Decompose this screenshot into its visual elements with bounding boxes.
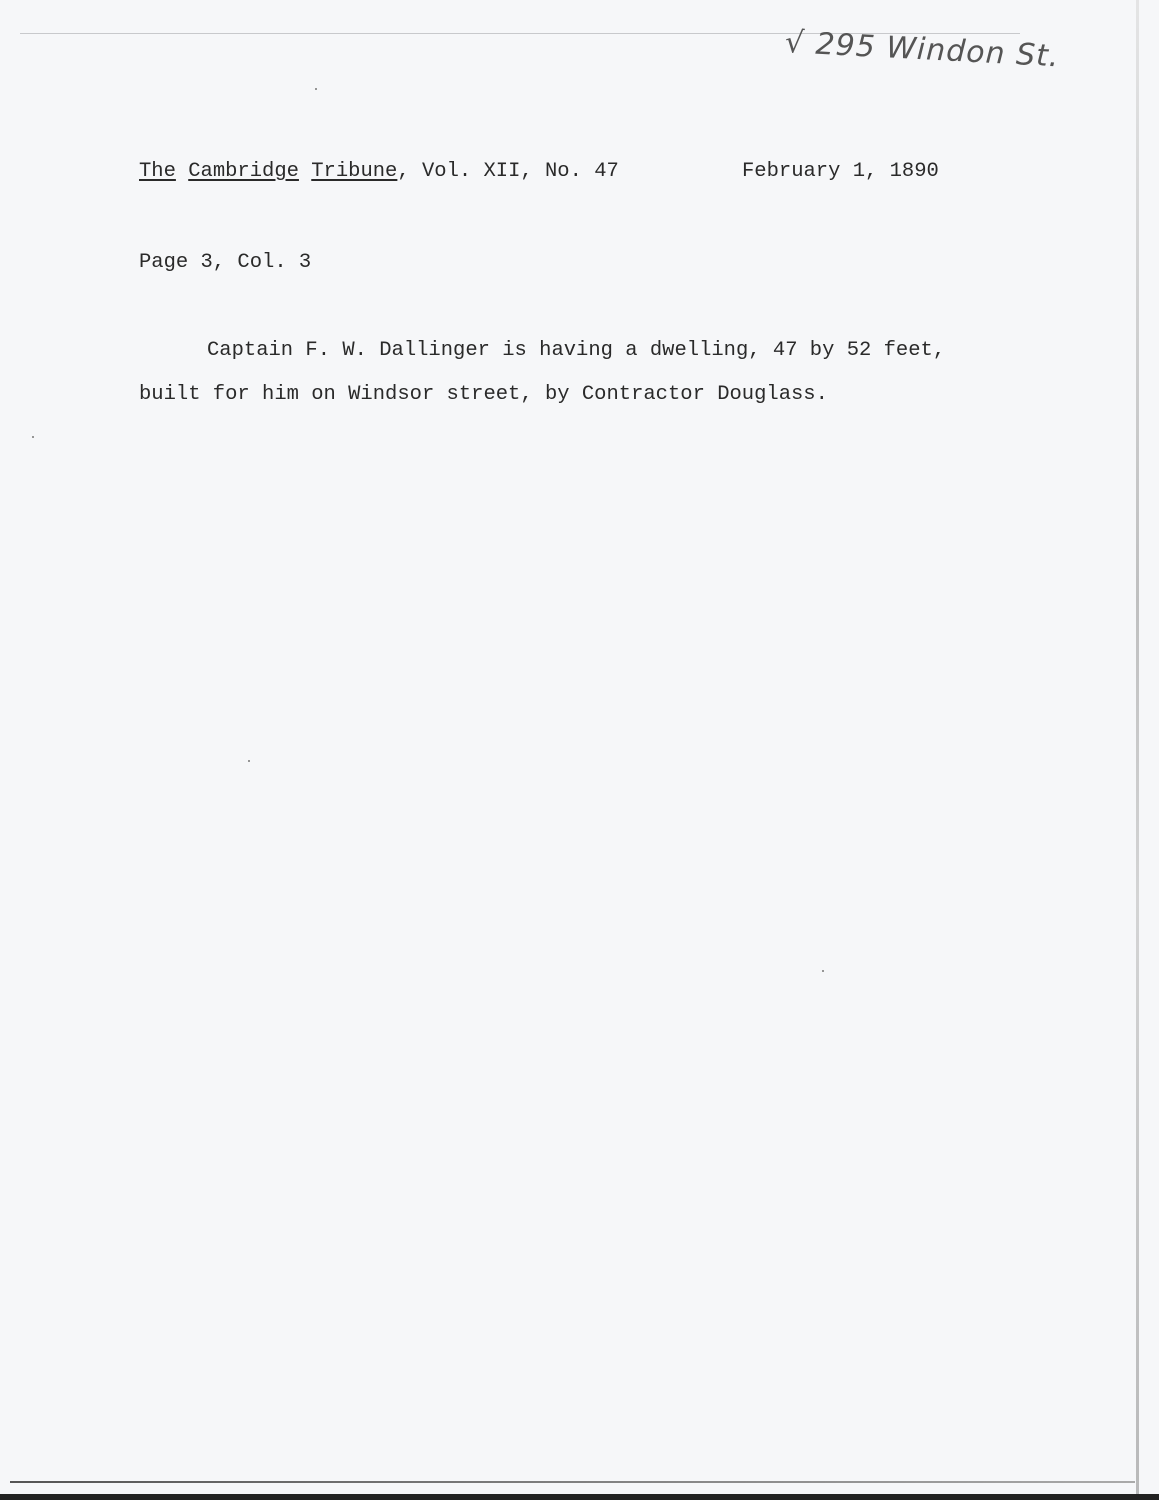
document-page: √ 295 Windon St. The Cambridge Tribune, … bbox=[0, 0, 1159, 1500]
body-text-line-1: Captain F. W. Dallinger is having a dwel… bbox=[207, 339, 945, 362]
citation-header: The Cambridge Tribune, Vol. XII, No. 47 bbox=[139, 160, 619, 183]
right-edge-shadow bbox=[1136, 0, 1139, 1500]
scan-speck bbox=[822, 970, 824, 972]
page-column-reference: Page 3, Col. 3 bbox=[139, 251, 311, 274]
body-text-line-2: built for him on Windsor street, by Cont… bbox=[139, 383, 828, 406]
volume-issue: , Vol. XII, No. 47 bbox=[397, 160, 618, 183]
scan-speck bbox=[315, 88, 317, 90]
scan-speck bbox=[248, 760, 250, 762]
publication-word-tribune: Tribune bbox=[311, 160, 397, 183]
scan-speck bbox=[32, 436, 34, 438]
publication-word-the: The bbox=[139, 160, 176, 183]
publication-word-cambridge: Cambridge bbox=[188, 160, 299, 183]
bottom-edge-line bbox=[10, 1481, 1135, 1483]
bottom-scan-border bbox=[0, 1494, 1159, 1500]
citation-date: February 1, 1890 bbox=[742, 160, 939, 183]
